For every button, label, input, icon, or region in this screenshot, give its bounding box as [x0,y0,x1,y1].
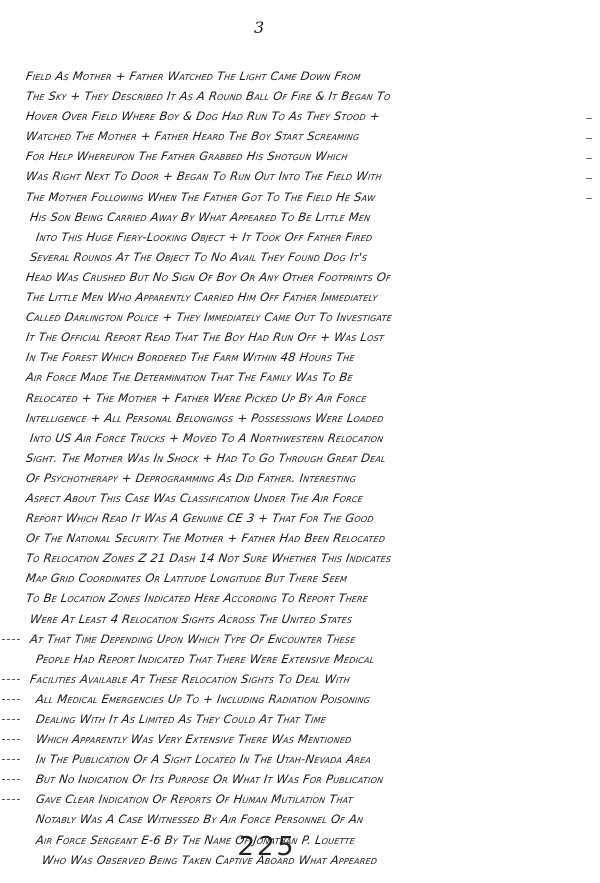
line-text: Watched The Mother + Father Heard The Bo… [25,129,361,143]
line-text: Which Apparently Was Very Extensive Ther… [35,732,353,746]
text-line: His Son Being Carried Away By What Appea… [25,207,588,227]
line-text: People Had Report Indicated That There W… [35,652,375,666]
line-text: Hover Over Field Where Boy & Dog Had Run… [25,109,381,123]
line-text: Were At Least 4 Relocation Sights Across… [29,612,353,626]
line-text: Report Which Read It Was A Genuine CE 3 … [25,511,375,525]
margin-dash [2,699,20,700]
line-text: Field As Mother + Father Watched The Lig… [25,69,362,83]
text-line: Field As Mother + Father Watched The Lig… [25,66,588,86]
text-line: All Medical Emergencies Up To + Includin… [25,689,588,709]
line-text: Aspect About This Case Was Classificatio… [25,491,364,505]
text-line: Head Was Crushed But No Sign Of Boy Or A… [25,267,588,287]
margin-tick [586,178,592,179]
text-line: The Sky + They Described It As A Round B… [25,86,588,106]
text-line: Called Darlington Police + They Immediat… [25,307,588,327]
line-text: Dealing With It As Limited As They Could… [35,712,327,726]
line-text: Sight. The Mother Was In Shock + Had To … [25,451,387,465]
line-text: Air Force Sergeant E-6 By The Name Of Jo… [35,833,356,847]
text-line: People Had Report Indicated That There W… [25,649,588,669]
text-line: Into US Air Force Trucks + Moved To A No… [25,428,588,448]
margin-dash [2,739,20,740]
text-line: Watched The Mother + Father Heard The Bo… [25,126,588,146]
margin-tick [586,138,592,139]
line-text: It The Official Report Read That The Boy… [25,330,385,344]
text-line: Was Right Next To Door + Began To Run Ou… [25,166,588,186]
line-text: Into US Air Force Trucks + Moved To A No… [29,431,384,445]
line-text: At That Time Depending Upon Which Type O… [29,632,357,646]
text-line: Facilities Available At These Relocation… [25,669,588,689]
line-text: Intelligence + All Personal Belongings +… [25,411,385,425]
text-line: Of The National Security The Mother + Fa… [25,528,588,548]
line-text: In The Publication Of A Sight Located In… [35,752,372,766]
text-line: Hover Over Field Where Boy & Dog Had Run… [25,106,588,126]
footer-page-number: 225 [236,832,298,862]
text-line: To Relocation Zones Z 21 Dash 14 Not Sur… [25,548,588,568]
margin-dash [2,799,20,800]
line-text: His Son Being Carried Away By What Appea… [29,210,371,224]
margin-dash [2,639,20,640]
text-line: For Help Whereupon The Father Grabbed Hi… [25,146,588,166]
text-line: It The Official Report Read That The Boy… [25,327,588,347]
text-line: At That Time Depending Upon Which Type O… [25,629,588,649]
margin-dash [2,679,20,680]
text-line: In The Forest Which Bordered The Farm Wi… [25,347,588,367]
text-line: Which Apparently Was Very Extensive Ther… [25,729,588,749]
text-line: The Mother Following When The Father Got… [25,187,588,207]
text-line: Report Which Read It Was A Genuine CE 3 … [25,508,588,528]
line-text: Notably Was A Case Witnessed By Air Forc… [35,812,364,826]
text-line: Of Psychotherapy + Deprogramming As Did … [25,468,588,488]
text-line: Aspect About This Case Was Classificatio… [25,488,588,508]
line-text: Was Right Next To Door + Began To Run Ou… [25,169,383,183]
line-text: Of The National Security The Mother + Fa… [25,531,386,545]
text-line: The Little Men Who Apparently Carried Hi… [25,287,588,307]
text-line: Several Rounds At The Object To No Avail… [25,247,588,267]
line-text: The Mother Following When The Father Got… [25,190,376,204]
text-line: Into This Huge Fiery-Looking Object + It… [25,227,588,247]
text-line: Relocated + The Mother + Father Were Pic… [25,388,588,408]
line-text: Relocated + The Mother + Father Were Pic… [25,391,368,405]
text-line: Notably Was A Case Witnessed By Air Forc… [25,809,588,829]
text-line: Sight. The Mother Was In Shock + Had To … [25,448,588,468]
line-text: In The Forest Which Bordered The Farm Wi… [25,350,356,364]
page-number: 3 [254,18,264,37]
margin-dash [2,719,20,720]
line-text: Who Was Observed Being Taken Captive Abo… [41,853,378,867]
line-text: The Sky + They Described It As A Round B… [25,89,392,103]
margin-tick [586,158,592,159]
line-text: Of Psychotherapy + Deprogramming As Did … [25,471,357,485]
line-text: All Medical Emergencies Up To + Includin… [35,692,371,706]
line-text: To Be Location Zones Indicated Here Acco… [25,591,369,605]
text-line: Map Grid Coordinates Or Latitude Longitu… [25,568,588,588]
line-text: Map Grid Coordinates Or Latitude Longitu… [25,571,348,585]
text-line: Intelligence + All Personal Belongings +… [25,408,588,428]
text-line: Were At Least 4 Relocation Sights Across… [25,609,588,629]
handwritten-body: Field As Mother + Father Watched The Lig… [26,66,586,870]
margin-dash [2,759,20,760]
margin-dash [2,779,20,780]
text-line: Gave Clear Indication Of Reports Of Huma… [25,789,588,809]
line-text: Called Darlington Police + They Immediat… [25,310,393,324]
line-text: Air Force Made The Determination That Th… [25,370,354,384]
line-text: But No Indication Of Its Purpose Or What… [35,772,384,786]
line-text: Facilities Available At These Relocation… [29,672,351,686]
text-line: In The Publication Of A Sight Located In… [25,749,588,769]
line-text: The Little Men Who Apparently Carried Hi… [25,290,379,304]
margin-tick [586,198,592,199]
line-text: For Help Whereupon The Father Grabbed Hi… [25,149,349,163]
text-line: Air Force Sergeant E-6 By The Name Of Jo… [25,830,588,850]
line-text: Into This Huge Fiery-Looking Object + It… [35,230,373,244]
text-line: Who Was Observed Being Taken Captive Abo… [25,850,588,870]
text-line: Dealing With It As Limited As They Could… [25,709,588,729]
text-line: But No Indication Of Its Purpose Or What… [25,769,588,789]
text-line: Air Force Made The Determination That Th… [25,367,588,387]
margin-tick [586,118,592,119]
right-margin-marks [586,118,594,218]
line-text: To Relocation Zones Z 21 Dash 14 Not Sur… [25,551,392,565]
text-line: To Be Location Zones Indicated Here Acco… [25,588,588,608]
line-text: Several Rounds At The Object To No Avail… [29,250,368,264]
line-text: Gave Clear Indication Of Reports Of Huma… [35,792,354,806]
line-text: Head Was Crushed But No Sign Of Boy Or A… [25,270,392,284]
